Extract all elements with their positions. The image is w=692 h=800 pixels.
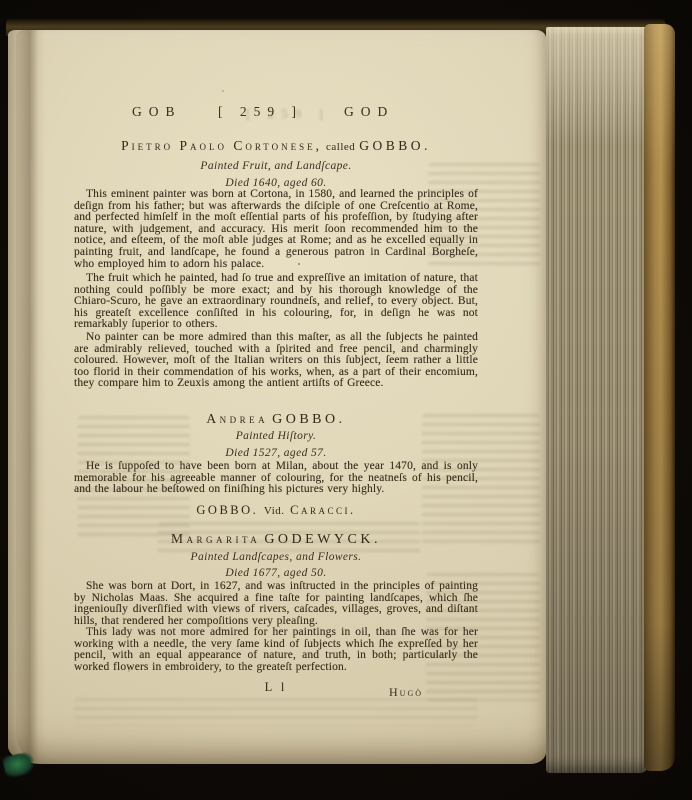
entry-heading-godewyck: Margarita GODEWYCK.	[74, 530, 478, 548]
artist-name: Margarita	[171, 531, 260, 546]
running-head-right: GOD	[344, 104, 394, 120]
paper-speck	[222, 90, 224, 92]
entry-died-line: Died 1527, aged 57.	[74, 447, 478, 459]
book-page: [ 259 ] GOB [ 259 ] GOD Pietro Paolo Cor…	[8, 30, 546, 764]
entry-paragraph: He is ſuppoſed to have been born at Mila…	[74, 461, 478, 496]
vid-label: Vid.	[264, 505, 285, 517]
entry-heading-andrea: Andrea GOBBO.	[74, 410, 478, 428]
artist-alias: GODEWYCK.	[264, 532, 381, 547]
show-through	[74, 698, 478, 726]
entry-paragraph: The fruit which he painted, had ſo true …	[74, 273, 478, 331]
catchword: Hugò	[389, 685, 423, 700]
cross-reference-name: GOBBO.	[196, 503, 258, 517]
paper-speck	[298, 263, 300, 265]
page-number: [ 259 ]	[218, 104, 303, 120]
signature-mark: L l	[74, 680, 506, 695]
book-fore-edge-pages	[546, 27, 648, 773]
entry-paragraph: She was born at Dort, in 1627, and was i…	[74, 581, 478, 627]
book-cover-edge	[644, 24, 675, 771]
entry-heading-cortonese: Pietro Paolo Cortonese, called GOBBO.	[74, 137, 478, 155]
entry-paragraph: This lady was not more admired for her p…	[74, 627, 478, 673]
cross-reference: GOBBO. Vid. Caracci.	[74, 503, 478, 518]
entry-died-line: Died 1677, aged 50.	[74, 567, 478, 579]
artist-alias: GOBBO.	[359, 138, 431, 153]
entry-subtitle: Painted Landſcapes, and Flowers.	[74, 551, 478, 563]
artist-name: Andrea	[206, 411, 268, 426]
entry-subtitle: Painted Fruit, and Landſcape.	[74, 160, 478, 172]
entry-subtitle: Painted Hiſtory.	[74, 430, 478, 442]
artist-name: Pietro Paolo Cortonese,	[121, 138, 322, 153]
gutter-shadow	[16, 30, 46, 764]
running-head-left: GOB	[132, 104, 182, 120]
paper-speck	[128, 670, 130, 672]
green-stain	[2, 751, 36, 779]
entry-paragraph: This eminent painter was born at Cortona…	[74, 189, 478, 270]
cross-reference-target: Caracci.	[290, 503, 355, 517]
artist-alias: GOBBO.	[272, 412, 346, 427]
photo-background: [ 259 ] GOB [ 259 ] GOD Pietro Paolo Cor…	[0, 0, 692, 800]
entry-paragraph: No painter can be more admired than this…	[74, 332, 478, 390]
called-label: called	[326, 141, 355, 153]
